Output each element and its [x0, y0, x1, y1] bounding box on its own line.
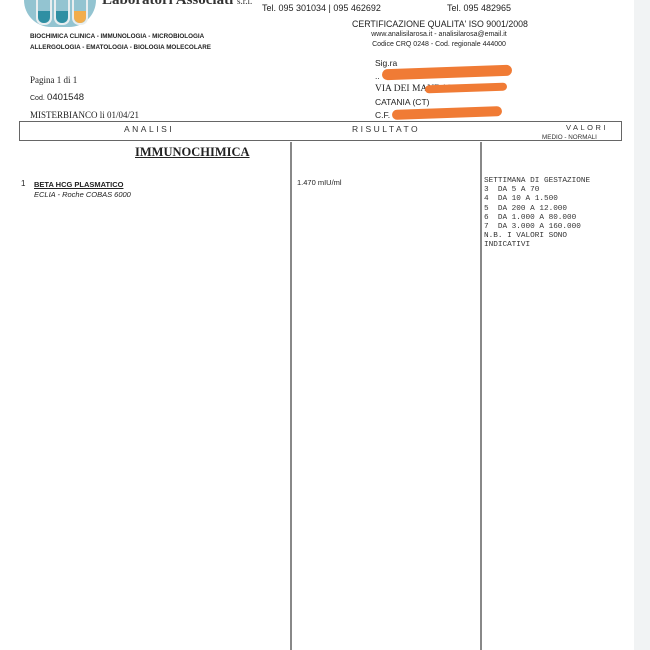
- column-header-risultato: RISULTATO: [352, 124, 420, 134]
- test-name: BETA HCG PLASMATICO: [34, 180, 123, 189]
- column-divider: [290, 142, 292, 650]
- report-meta: Pagina 1 di 1 Cod. 0401548 MISTERBIANCO …: [30, 72, 139, 124]
- lab-name: Laboratori Associati s.r.l.: [102, 0, 252, 9]
- phone-1: Tel. 095 301034 | 095 462692: [262, 3, 381, 13]
- test-method: ECLIA - Roche COBAS 6000: [34, 190, 131, 199]
- web-email: www.analisilarosa.it - analisilarosa@ema…: [364, 30, 514, 40]
- test-tube-icon: [36, 0, 52, 25]
- phone-2: Tel. 095 482965: [447, 3, 511, 13]
- test-number: 1: [21, 179, 25, 188]
- report-code: Cod. 0401548: [30, 89, 139, 107]
- column-header-valori-sub: MEDIO - NORMALI: [542, 134, 597, 141]
- specialties-line: ALLERGOLOGIA - EMATOLOGIA - BIOLOGIA MOL…: [30, 42, 211, 53]
- test-tube-icon: [54, 0, 70, 25]
- section-title: IMMUNOCHIMICA: [135, 145, 250, 160]
- registry-codes: Codice CRQ 0248 - Cod. regionale 444000: [364, 40, 514, 50]
- redaction-mark: [425, 83, 507, 94]
- page-indicator: Pagina 1 di 1: [30, 72, 139, 89]
- cod-label: Cod.: [30, 95, 45, 102]
- lab-suffix: s.r.l.: [237, 0, 252, 6]
- lab-name-text: Laboratori Associati: [102, 0, 233, 8]
- specialties-line: BIOCHIMICA CLINICA - IMMUNOLOGIA - MICRO…: [30, 31, 211, 42]
- test-tube-icon: [72, 0, 88, 25]
- column-header-valori: VALORI: [566, 123, 608, 132]
- scrollbar-track[interactable]: [634, 0, 650, 650]
- specialties: BIOCHIMICA CLINICA - IMMUNOLOGIA - MICRO…: [30, 31, 211, 53]
- reference-values: SETTIMANA DI GESTAZIONE 3 DA 5 A 70 4 DA…: [484, 177, 590, 251]
- column-divider: [480, 142, 482, 650]
- certification: CERTIFICAZIONE QUALITA' ISO 9001/2008: [352, 19, 528, 29]
- contact-info: www.analisilarosa.it - analisilarosa@ema…: [364, 30, 514, 50]
- cod-value: 0401548: [47, 92, 84, 103]
- lab-logo: [24, 0, 96, 27]
- column-header-analisi: ANALISI: [124, 124, 174, 134]
- table-header: ANALISI RISULTATO VALORI MEDIO - NORMALI: [19, 121, 622, 141]
- test-result: 1.470 mIU/ml: [297, 178, 342, 187]
